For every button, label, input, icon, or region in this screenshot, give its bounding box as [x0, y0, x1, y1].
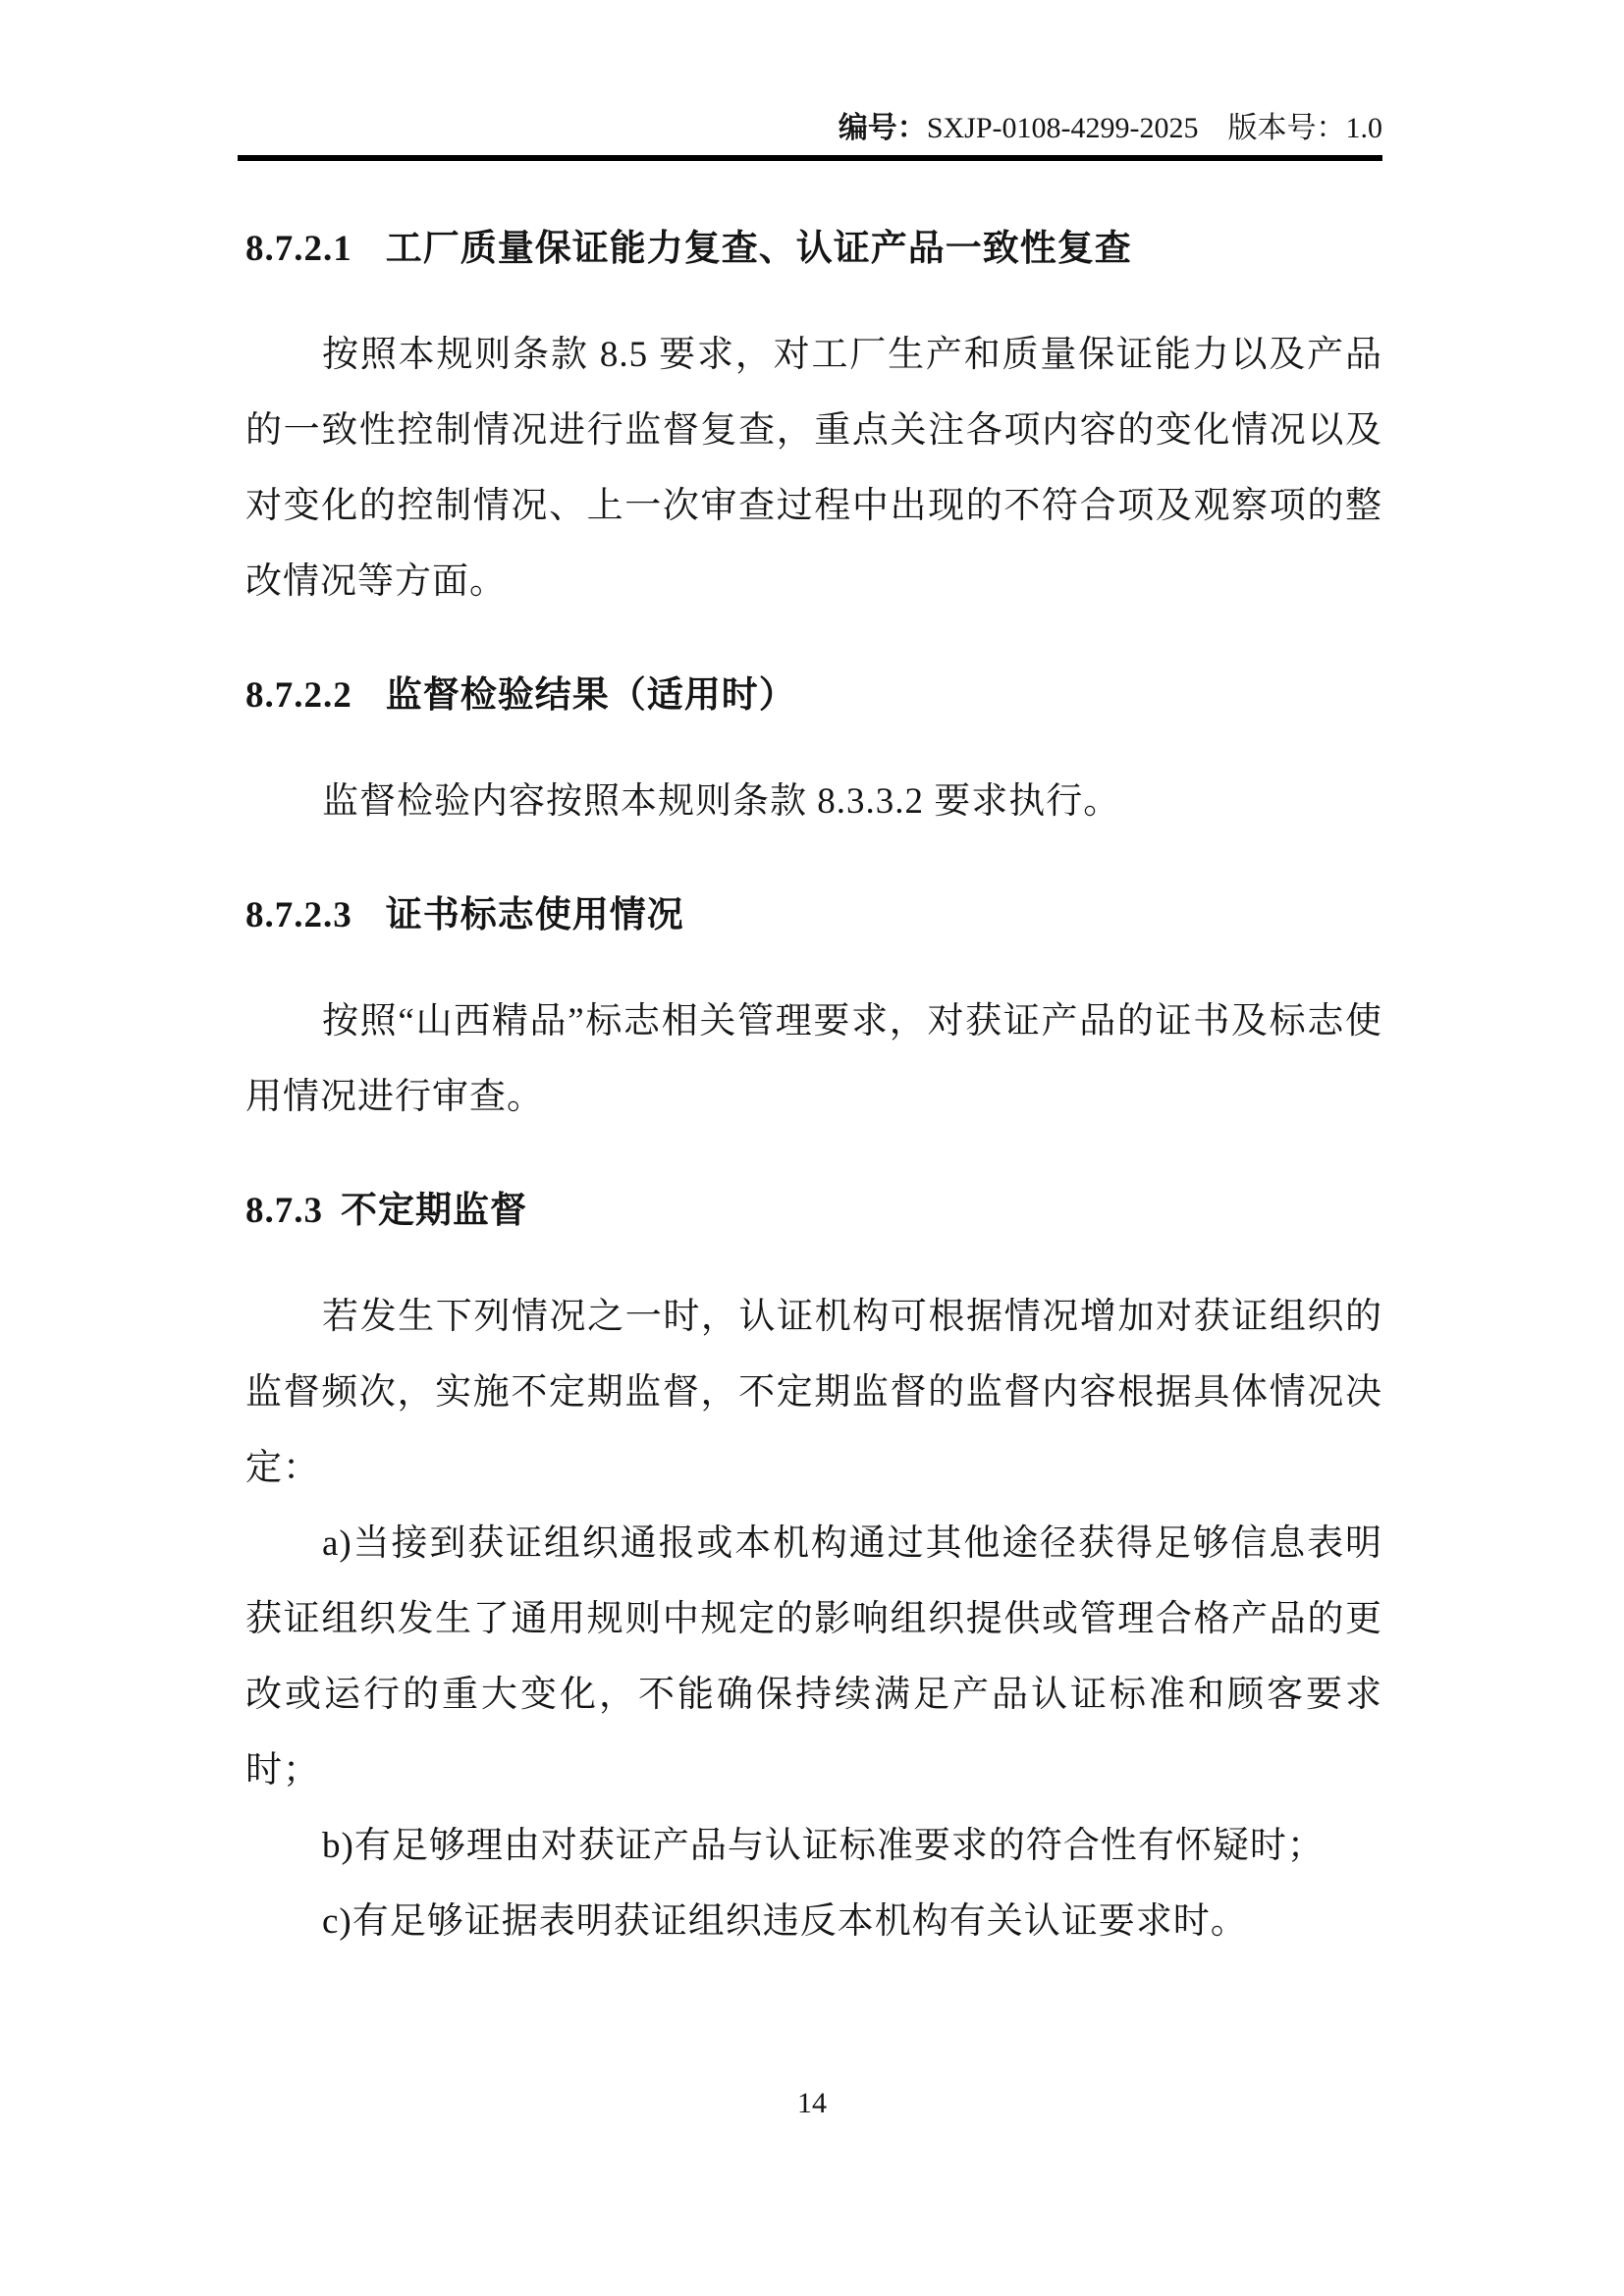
heading-title: 工厂质量保证能力复查、认证产品一致性复查 [386, 228, 1132, 268]
paragraph: 按照本规则条款 8.5 要求，对工厂生产和质量保证能力以及产品的一致性控制情况进… [245, 317, 1382, 619]
paragraph-item-b: b)有足够理由对获证产品与认证标准要求的符合性有怀疑时； [245, 1808, 1382, 1884]
doc-version-value: 1.0 [1346, 112, 1383, 144]
paragraph: 按照“山西精品”标志相关管理要求，对获证产品的证书及标志使用情况进行审查。 [245, 984, 1382, 1135]
heading-number: 8.7.2.3 [245, 895, 352, 935]
heading-title: 不定期监督 [341, 1190, 527, 1230]
paragraph: 监督检验内容按照本规则条款 8.3.3.2 要求执行。 [245, 764, 1382, 839]
heading-title: 证书标志使用情况 [386, 894, 684, 934]
paragraph-item-a: a)当接到获证组织通报或本机构通过其他途径获得足够信息表明获证组织发生了通用规则… [245, 1506, 1382, 1808]
paragraph: 若发生下列情况之一时，认证机构可根据情况增加对获证组织的监督频次，实施不定期监督… [245, 1279, 1382, 1506]
document-page: 编号：SXJP-0108-4299-2025版本号：1.0 8.7.2.1工厂质… [0, 0, 1624, 2296]
paragraph-item-c: c)有足够证据表明获证组织违反本机构有关认证要求时。 [245, 1884, 1382, 1959]
section-heading-8721: 8.7.2.1工厂质量保证能力复查、认证产品一致性复查 [245, 210, 1382, 287]
section-heading-8722: 8.7.2.2监督检验结果（适用时） [245, 657, 1382, 733]
header-rule [238, 155, 1382, 161]
document-content: 编号：SXJP-0108-4299-2025版本号：1.0 8.7.2.1工厂质… [245, 0, 1382, 1959]
document-header: 编号：SXJP-0108-4299-2025版本号：1.0 [245, 0, 1382, 147]
heading-number: 8.7.2.2 [245, 675, 352, 716]
heading-number: 8.7.3 [245, 1191, 323, 1231]
heading-title: 监督检验结果（适用时） [386, 674, 796, 715]
page-number: 14 [0, 2085, 1624, 2122]
doc-version-label: 版本号： [1228, 112, 1346, 144]
doc-number-label: 编号： [839, 112, 927, 144]
section-heading-8723: 8.7.2.3证书标志使用情况 [245, 877, 1382, 953]
doc-number-value: SXJP-0108-4299-2025 [927, 112, 1199, 144]
section-heading-873: 8.7.3不定期监督 [245, 1172, 1382, 1249]
heading-number: 8.7.2.1 [245, 229, 352, 269]
